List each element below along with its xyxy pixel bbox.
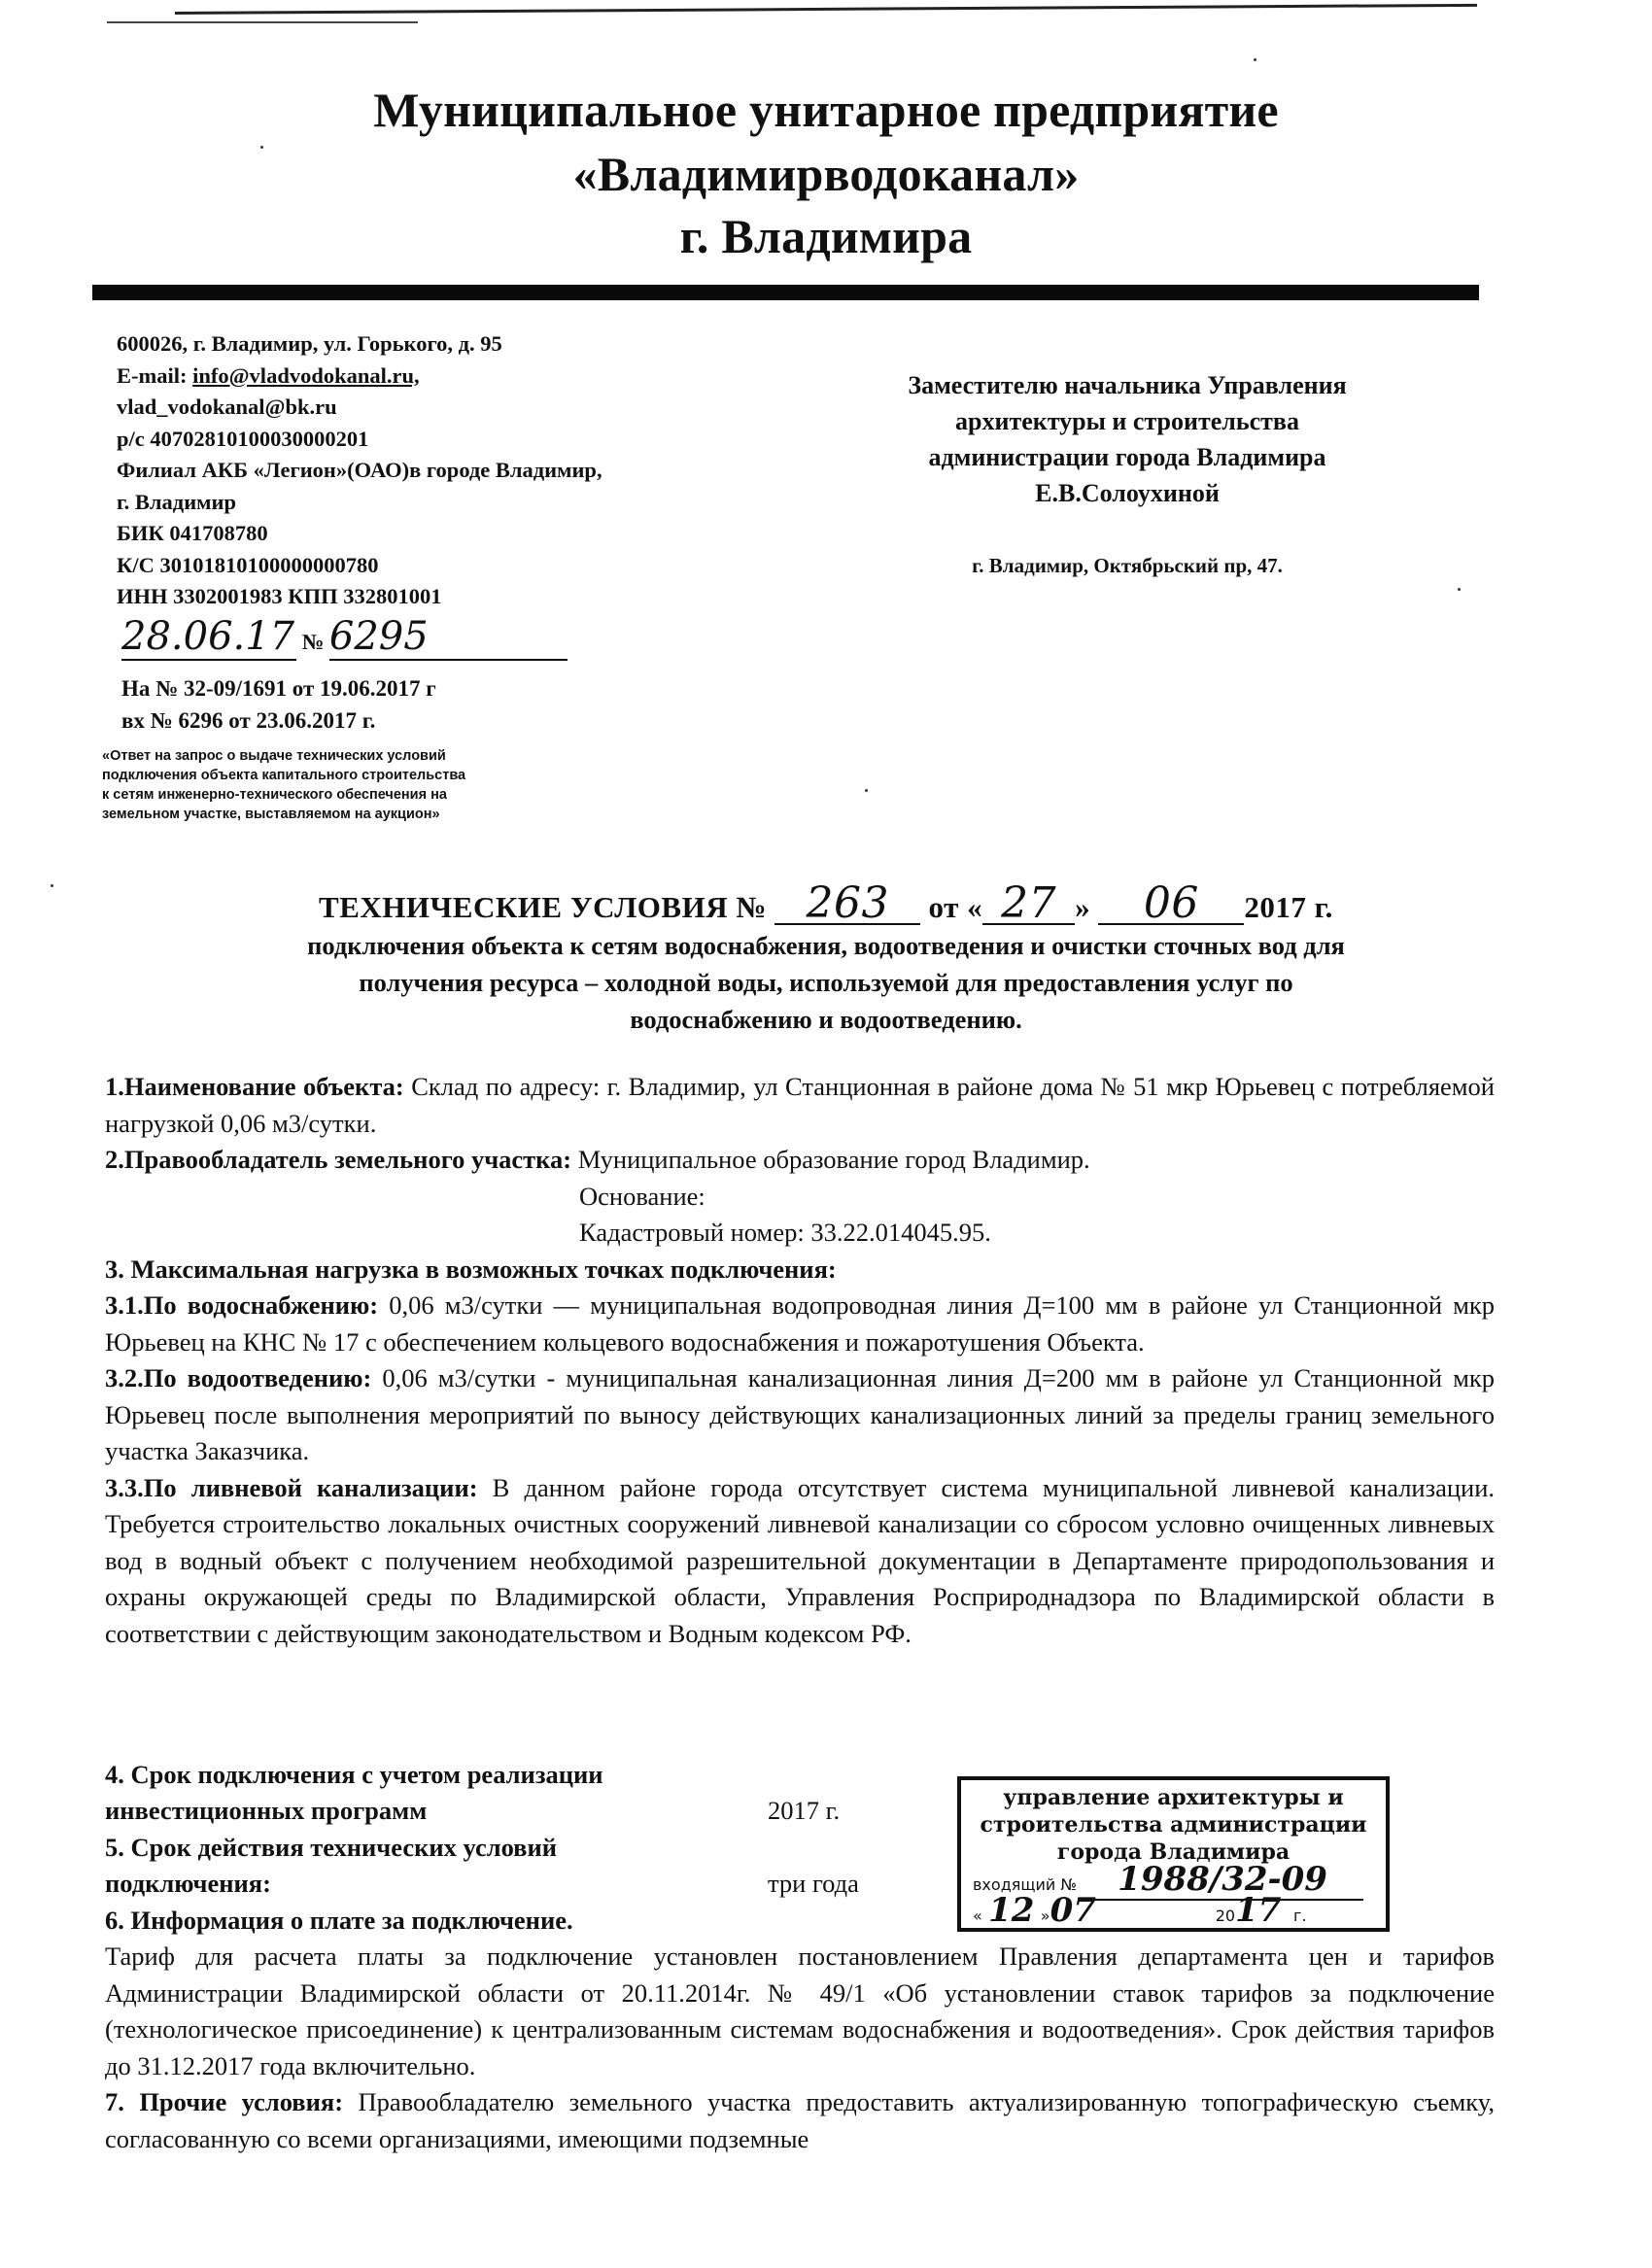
section-6-text: Тариф для расчета платы за подключение у… xyxy=(105,1939,1495,2084)
subtitle-line: подключения объекта к сетям водоснабжени… xyxy=(0,927,1652,964)
section-3-3: 3.3.По ливневой канализации: В данном ра… xyxy=(105,1470,1495,1653)
conditions-body-continued: Тариф для расчета платы за подключение у… xyxy=(105,1939,1495,2157)
section-2-cadastral: Кадастровый номер: 33.22.014045.95. xyxy=(105,1215,1495,1252)
section-7: 7. Прочие условия: Правообладателю земел… xyxy=(105,2084,1495,2157)
stamp-year-prefix: 20 xyxy=(1216,1907,1235,1925)
section-2: 2.Правообладатель земельного участка: Му… xyxy=(105,1142,1495,1179)
section-2-label: 2.Правообладатель земельного участка: xyxy=(105,1145,571,1174)
letterhead-rule xyxy=(92,285,1479,300)
title-prefix: ТЕХНИЧЕСКИЕ УСЛОВИЯ № xyxy=(319,890,767,924)
scan-speck xyxy=(1458,588,1461,591)
outgoing-date-handwritten: 28.06.17 xyxy=(121,614,296,661)
section-5-value: три года xyxy=(768,1866,859,1902)
title-quote: » xyxy=(1075,890,1090,924)
scan-speck xyxy=(1254,58,1256,61)
number-sign: № xyxy=(302,630,325,654)
subtitle-line: водоснабжению и водоотведению. xyxy=(0,1001,1652,1038)
section-1-label: 1.Наименование объекта: xyxy=(105,1072,404,1101)
corr-account: К/С 30101810100000000780 xyxy=(117,550,602,582)
sender-email-line: E-mail: info@vladvodokanal.ru, xyxy=(117,361,602,393)
scan-speck xyxy=(260,146,263,149)
section-3-2: 3.2.По водоотведению: 0,06 м3/сутки - му… xyxy=(105,1360,1495,1470)
sender-address: 600026, г. Владимир, ул. Горького, д. 95 xyxy=(117,328,602,361)
stamp-date-row: «12»07 2017г. xyxy=(961,1891,1386,1932)
title-from-label: от « xyxy=(929,890,983,924)
section-5-label-1: 5. Срок действия технических условий xyxy=(105,1830,557,1866)
org-title-line1: Муниципальное унитарное предприятие xyxy=(0,80,1652,140)
subject-line: земельном участке, выставляемом на аукци… xyxy=(102,805,465,824)
bank-bik: БИК 041708780 xyxy=(117,518,602,550)
stamp-org: управление архитектуры и строительства а… xyxy=(961,1784,1386,1866)
stamp-year-handwritten: 17 xyxy=(1235,1891,1293,1932)
subject-line: к сетям инженерно-технического обеспечен… xyxy=(102,785,465,805)
bank-account: р/с 40702810100030000201 xyxy=(117,424,602,456)
bank-name: Филиал АКБ «Легион»(ОАО)в городе Владими… xyxy=(117,455,602,487)
section-7-label: 7. Прочие условия: xyxy=(105,2087,343,2116)
recipient-name: Е.В.Солоухиной xyxy=(836,475,1419,511)
stamp-quote: « xyxy=(973,1907,982,1925)
recipient-address: г. Владимир, Октябрьский пр, 47. xyxy=(836,554,1419,578)
outgoing-number-handwritten: 6295 xyxy=(329,614,568,661)
sender-details: 600026, г. Владимир, ул. Горького, д. 95… xyxy=(117,328,602,613)
recipient-line: архитектуры и строительства xyxy=(836,403,1419,439)
section-2-text: Муниципальное образование город Владимир… xyxy=(571,1145,1090,1174)
section-3-label: 3. Максимальная нагрузка в возможных точ… xyxy=(105,1252,1495,1289)
section-3-3-label: 3.3.По ливневой канализации: xyxy=(105,1473,478,1502)
section-3-1: 3.1.По водоснабжению: 0,06 м3/сутки — му… xyxy=(105,1288,1495,1360)
section-4-label-1: 4. Срок подключения с учетом реализации xyxy=(105,1757,603,1793)
stamp-line: строительства администрации xyxy=(961,1811,1386,1838)
section-6-label: 6. Информация о плате за подключение. xyxy=(105,1903,573,1939)
stamp-month-handwritten: 07 xyxy=(1050,1891,1211,1932)
stamp-year-g: г. xyxy=(1293,1907,1307,1925)
title-year: 2017 г. xyxy=(1244,890,1333,924)
scan-speck xyxy=(865,789,868,792)
scan-edge-line xyxy=(175,4,1477,15)
stamp-line: управление архитектуры и xyxy=(961,1784,1386,1811)
tu-day-handwritten: 27 xyxy=(982,884,1075,925)
reply-reference: На № 32-09/1691 от 19.06.2017 г вх № 629… xyxy=(121,672,436,737)
subtitle-line: получения ресурса – холодной воды, испол… xyxy=(0,964,1652,1001)
reply-line-2: вх № 6296 от 23.06.2017 г. xyxy=(121,704,436,737)
scan-edge-line xyxy=(107,21,418,23)
stamp-quote: » xyxy=(1041,1907,1050,1925)
outgoing-reference: 28.06.17 № 6295 xyxy=(121,614,568,661)
tu-month-handwritten: 06 xyxy=(1098,884,1244,925)
subject-line: подключения объекта капитального строите… xyxy=(102,766,465,785)
incoming-registration-stamp: управление архитектуры и строительства а… xyxy=(957,1776,1390,1932)
section-4-value: 2017 г. xyxy=(768,1793,840,1829)
bank-city: г. Владимир xyxy=(117,487,602,519)
inn-kpp: ИНН 3302001983 КПП 332801001 xyxy=(117,581,602,613)
recipient-block: Заместителю начальника Управления архите… xyxy=(836,367,1419,511)
recipient-line: администрации города Владимира xyxy=(836,439,1419,475)
email-secondary: vlad_vodokanal@bk.ru xyxy=(117,392,602,424)
section-3-2-label: 3.2.По водоотведению: xyxy=(105,1363,371,1392)
section-2-basis: Основание: xyxy=(105,1179,1495,1216)
reply-line-1: На № 32-09/1691 от 19.06.2017 г xyxy=(121,672,436,704)
email-link-primary[interactable]: info@vladvodokanal.ru, xyxy=(192,363,420,388)
section-3-1-label: 3.1.По водоснабжению: xyxy=(105,1290,378,1320)
stamp-day-handwritten: 12 xyxy=(982,1891,1041,1932)
scan-speck xyxy=(51,884,53,887)
org-title-line2: «Владимирводоканал» xyxy=(0,144,1652,204)
tu-number-handwritten: 263 xyxy=(774,884,920,925)
recipient-line: Заместителю начальника Управления xyxy=(836,367,1419,403)
document-title: ТЕХНИЧЕСКИЕ УСЛОВИЯ № 263 от «27» 062017… xyxy=(0,884,1652,925)
org-title-line3: г. Владимира xyxy=(0,206,1652,266)
document-subtitle: подключения объекта к сетям водоснабжени… xyxy=(0,927,1652,1038)
conditions-body: 1.Наименование объекта: Склад по адресу:… xyxy=(105,1069,1495,1652)
subject-line: «Ответ на запрос о выдаче технических ус… xyxy=(102,746,465,766)
letter-subject: «Ответ на запрос о выдаче технических ус… xyxy=(102,746,465,824)
section-4-label-2: инвестиционных программ xyxy=(105,1793,427,1829)
section-5-label-2: подключения: xyxy=(105,1866,271,1902)
email-label: E-mail: xyxy=(117,363,192,388)
section-1: 1.Наименование объекта: Склад по адресу:… xyxy=(105,1069,1495,1142)
